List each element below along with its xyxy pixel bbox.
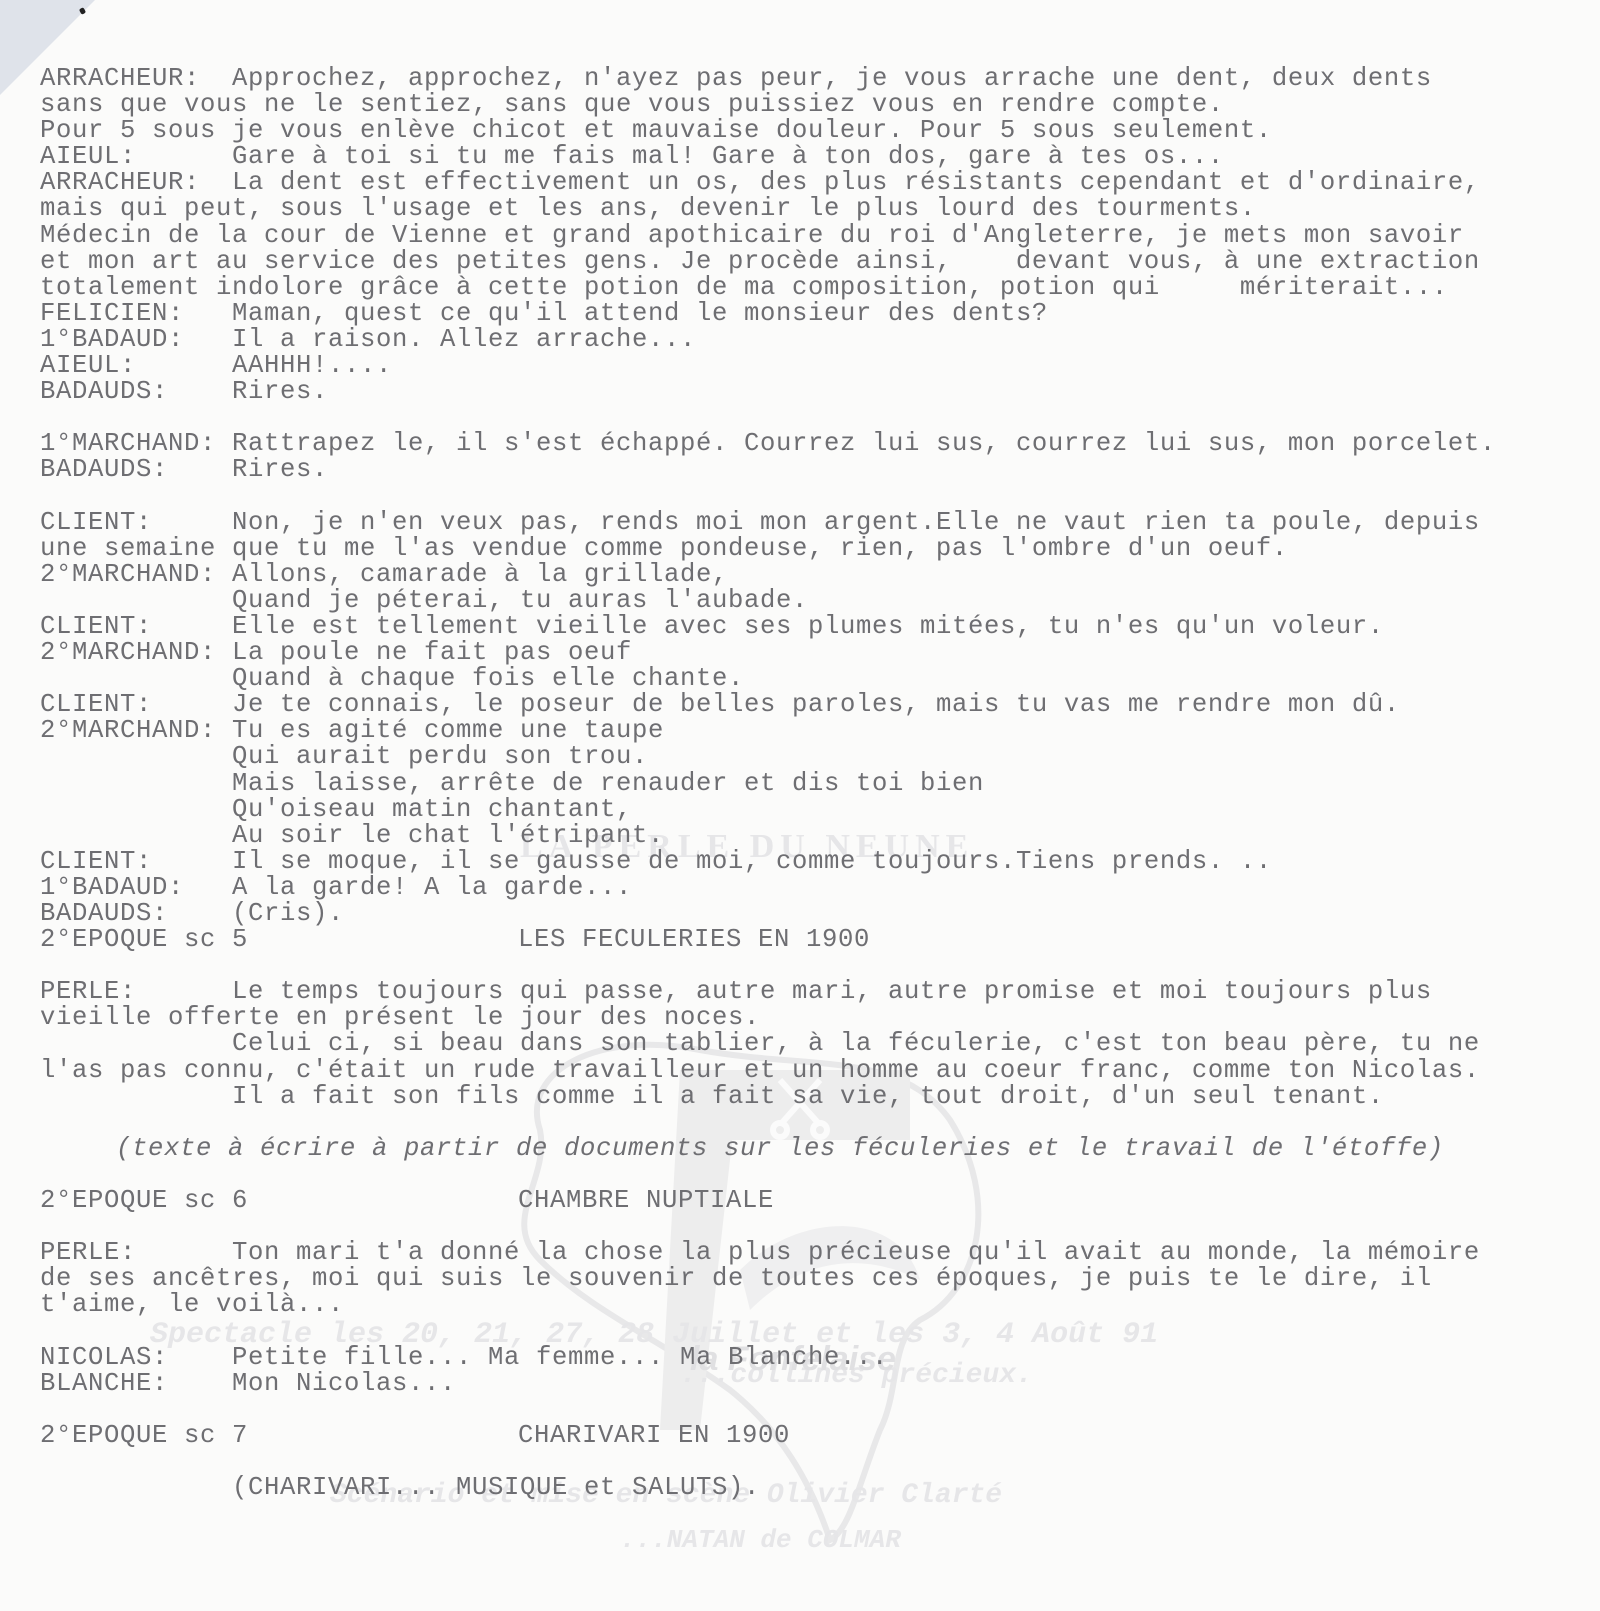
scene-title: CHAMBRE NUPTIALE	[518, 1188, 774, 1214]
dialogue-text: (CHARIVARI... MUSIQUE et SALUTS).	[232, 1473, 760, 1502]
speaker-name: CLIENT:	[40, 692, 232, 718]
blank-line	[40, 1449, 1496, 1475]
speaker-name: BADAUDS:	[40, 457, 232, 483]
blank-line	[40, 484, 1496, 510]
speaker-name: ARRACHEUR:	[40, 66, 232, 92]
dialogue-text: de ses ancêtres, moi qui suis le souveni…	[40, 1264, 1432, 1293]
blank-line	[40, 953, 1496, 979]
dialogue-line: ARRACHEUR:La dent est effectivement un o…	[40, 170, 1496, 196]
dialogue-line: BADAUDS:(Cris).	[40, 901, 1496, 927]
dialogue-text: Médecin de la cour de Vienne et grand ap…	[40, 221, 1464, 250]
dialogue-text: Allons, camarade à la grillade,	[232, 560, 728, 589]
dialogue-text: sans que vous ne le sentiez, sans que vo…	[40, 90, 1224, 119]
dialogue-line: Quand je péterai, tu auras l'aubade.	[40, 588, 1496, 614]
dialogue-line: PERLE:Ton mari t'a donné la chose la plu…	[40, 1240, 1496, 1266]
blank-line	[40, 1110, 1496, 1136]
dialogue-text: Non, je n'en veux pas, rends moi mon arg…	[232, 508, 1480, 537]
dialogue-text: vieille offerte en présent le jour des n…	[40, 1003, 760, 1032]
dialogue-line: Médecin de la cour de Vienne et grand ap…	[40, 223, 1496, 249]
dialogue-text: Quand à chaque fois elle chante.	[232, 664, 744, 693]
dialogue-text: La dent est effectivement un os, des plu…	[232, 168, 1480, 197]
scene-number: 2°EPOQUE sc 6	[40, 1188, 518, 1214]
blank-line	[40, 1214, 1496, 1240]
dialogue-line: mais qui peut, sous l'usage et les ans, …	[40, 196, 1496, 222]
dialogue-line: BADAUDS:Rires.	[40, 379, 1496, 405]
dialogue-text: Il a fait son fils comme il a fait sa vi…	[232, 1082, 1384, 1111]
dialogue-line: une semaine que tu me l'as vendue comme …	[40, 536, 1496, 562]
speaker-name: 2°MARCHAND:	[40, 562, 232, 588]
speaker-name: BADAUDS:	[40, 379, 232, 405]
blank-line	[40, 1397, 1496, 1423]
dialogue-line: BADAUDS:Rires.	[40, 457, 1496, 483]
speaker-name: 2°MARCHAND:	[40, 718, 232, 744]
dialogue-line: AIEUL:AAHHH!....	[40, 353, 1496, 379]
dialogue-text: totalement indolore grâce à cette potion…	[40, 273, 1448, 302]
speaker-name: ARRACHEUR:	[40, 170, 232, 196]
dialogue-text: AAHHH!....	[232, 351, 392, 380]
scene-number: 2°EPOQUE sc 5	[40, 927, 518, 953]
dialogue-text: Celui ci, si beau dans son tablier, à la…	[232, 1029, 1480, 1058]
scene-heading: 2°EPOQUE sc 7CHARIVARI EN 1900	[40, 1423, 1496, 1449]
dialogue-text: t'aime, le voilà...	[40, 1290, 344, 1319]
dialogue-line: vieille offerte en présent le jour des n…	[40, 1005, 1496, 1031]
dialogue-text: A la garde! A la garde...	[232, 873, 632, 902]
speaker-name: CLIENT:	[40, 614, 232, 640]
dialogue-line: totalement indolore grâce à cette potion…	[40, 275, 1496, 301]
script-body: ARRACHEUR:Approchez, approchez, n'ayez p…	[40, 66, 1496, 1501]
speaker-name: NICOLAS:	[40, 1345, 232, 1371]
dialogue-line: Il a fait son fils comme il a fait sa vi…	[40, 1084, 1496, 1110]
dialogue-text: une semaine que tu me l'as vendue comme …	[40, 534, 1288, 563]
dialogue-text: Rires.	[232, 377, 328, 406]
dialogue-text: Mon Nicolas...	[232, 1369, 456, 1398]
dialogue-text: Ton mari t'a donné la chose la plus préc…	[232, 1238, 1480, 1267]
dialogue-line: (CHARIVARI... MUSIQUE et SALUTS).	[40, 1475, 1496, 1501]
blank-line	[40, 405, 1496, 431]
dialogue-line: 2°MARCHAND:Allons, camarade à la grillad…	[40, 562, 1496, 588]
dialogue-text: La poule ne fait pas oeuf	[232, 638, 632, 667]
dialogue-line: sans que vous ne le sentiez, sans que vo…	[40, 92, 1496, 118]
dialogue-line: Au soir le chat l'étripant.	[40, 823, 1496, 849]
dialogue-line: 1°BADAUD:A la garde! A la garde...	[40, 875, 1496, 901]
dialogue-text: Elle est tellement vieille avec ses plum…	[232, 612, 1384, 641]
speaker-name: AIEUL:	[40, 144, 232, 170]
dialogue-line: de ses ancêtres, moi qui suis le souveni…	[40, 1266, 1496, 1292]
dialogue-line: CLIENT:Je te connais, le poseur de belle…	[40, 692, 1496, 718]
dialogue-text: Rires.	[232, 455, 328, 484]
dialogue-text: Mais laisse, arrête de renauder et dis t…	[232, 769, 984, 798]
dialogue-line: et mon art au service des petites gens. …	[40, 249, 1496, 275]
dialogue-text: Qui aurait perdu son trou.	[232, 742, 648, 771]
speaker-name: 1°BADAUD:	[40, 875, 232, 901]
dialogue-line: FELICIEN:Maman, quest ce qu'il attend le…	[40, 301, 1496, 327]
dialogue-text: Gare à toi si tu me fais mal! Gare à ton…	[232, 142, 1224, 171]
stage-direction: (texte à écrire à partir de documents su…	[116, 1134, 1444, 1163]
dialogue-line: BLANCHE:Mon Nicolas...	[40, 1371, 1496, 1397]
dialogue-line: ARRACHEUR:Approchez, approchez, n'ayez p…	[40, 66, 1496, 92]
dialogue-line: t'aime, le voilà...	[40, 1292, 1496, 1318]
dialogue-line: Qu'oiseau matin chantant,	[40, 797, 1496, 823]
scene-heading: 2°EPOQUE sc 5LES FECULERIES EN 1900	[40, 927, 1496, 953]
dialogue-line: Pour 5 sous je vous enlève chicot et mau…	[40, 118, 1496, 144]
speaker-name: BADAUDS:	[40, 901, 232, 927]
stage-note: (texte à écrire à partir de documents su…	[40, 1136, 1496, 1162]
dialogue-line: Quand à chaque fois elle chante.	[40, 666, 1496, 692]
speaker-name: PERLE:	[40, 1240, 232, 1266]
dialogue-line: 1°BADAUD:Il a raison. Allez arrache...	[40, 327, 1496, 353]
dialogue-text: Pour 5 sous je vous enlève chicot et mau…	[40, 116, 1272, 145]
dialogue-line: CLIENT:Il se moque, il se gausse de moi,…	[40, 849, 1496, 875]
dialogue-line: Qui aurait perdu son trou.	[40, 744, 1496, 770]
dialogue-line: l'as pas connu, c'était un rude travaill…	[40, 1058, 1496, 1084]
dialogue-text: Quand je péterai, tu auras l'aubade.	[232, 586, 808, 615]
dialogue-line: 2°MARCHAND:Tu es agité comme une taupe	[40, 718, 1496, 744]
dialogue-text: Approchez, approchez, n'ayez pas peur, j…	[232, 64, 1432, 93]
dialogue-text: Rattrapez le, il s'est échappé. Courrez …	[232, 429, 1496, 458]
dialogue-line: PERLE:Le temps toujours qui passe, autre…	[40, 979, 1496, 1005]
dialogue-text: Tu es agité comme une taupe	[232, 716, 664, 745]
dialogue-text: Il a raison. Allez arrache...	[232, 325, 696, 354]
dialogue-text: l'as pas connu, c'était un rude travaill…	[40, 1056, 1480, 1085]
speaker-name: CLIENT:	[40, 849, 232, 875]
bleed-through-credits-2: ...NATAN de COLMAR	[620, 1525, 901, 1555]
scene-number: 2°EPOQUE sc 7	[40, 1423, 518, 1449]
dialogue-text: Qu'oiseau matin chantant,	[232, 795, 632, 824]
blank-line	[40, 1319, 1496, 1345]
speaker-name: FELICIEN:	[40, 301, 232, 327]
speaker-name: AIEUL:	[40, 353, 232, 379]
dialogue-text: Au soir le chat l'étripant.	[232, 821, 664, 850]
dialogue-line: 1°MARCHAND:Rattrapez le, il s'est échapp…	[40, 431, 1496, 457]
speaker-name: 2°MARCHAND:	[40, 640, 232, 666]
speaker-name: BLANCHE:	[40, 1371, 232, 1397]
blank-line	[40, 1162, 1496, 1188]
dialogue-text: Je te connais, le poseur de belles parol…	[232, 690, 1400, 719]
scene-title: LES FECULERIES EN 1900	[518, 927, 870, 953]
dialogue-text: Il se moque, il se gausse de moi, comme …	[232, 847, 1272, 876]
dialogue-text: et mon art au service des petites gens. …	[40, 247, 1480, 276]
speaker-name: 1°BADAUD:	[40, 327, 232, 353]
scene-heading: 2°EPOQUE sc 6CHAMBRE NUPTIALE	[40, 1188, 1496, 1214]
dialogue-line: CLIENT:Non, je n'en veux pas, rends moi …	[40, 510, 1496, 536]
dialogue-line: NICOLAS:Petite fille... Ma femme... Ma B…	[40, 1345, 1496, 1371]
dialogue-text: Le temps toujours qui passe, autre mari,…	[232, 977, 1432, 1006]
dialogue-line: AIEUL:Gare à toi si tu me fais mal! Gare…	[40, 144, 1496, 170]
dialogue-text: mais qui peut, sous l'usage et les ans, …	[40, 194, 1256, 223]
dialogue-text: (Cris).	[232, 899, 344, 928]
speaker-name: 1°MARCHAND:	[40, 431, 232, 457]
dialogue-line: Mais laisse, arrête de renauder et dis t…	[40, 771, 1496, 797]
dialogue-line: CLIENT:Elle est tellement vieille avec s…	[40, 614, 1496, 640]
dialogue-text: Maman, quest ce qu'il attend le monsieur…	[232, 299, 1048, 328]
speaker-name: CLIENT:	[40, 510, 232, 536]
scene-title: CHARIVARI EN 1900	[518, 1423, 790, 1449]
dialogue-line: Celui ci, si beau dans son tablier, à la…	[40, 1031, 1496, 1057]
dialogue-text: Petite fille... Ma femme... Ma Blanche..…	[232, 1343, 888, 1372]
speaker-name: PERLE:	[40, 979, 232, 1005]
dialogue-line: 2°MARCHAND:La poule ne fait pas oeuf	[40, 640, 1496, 666]
